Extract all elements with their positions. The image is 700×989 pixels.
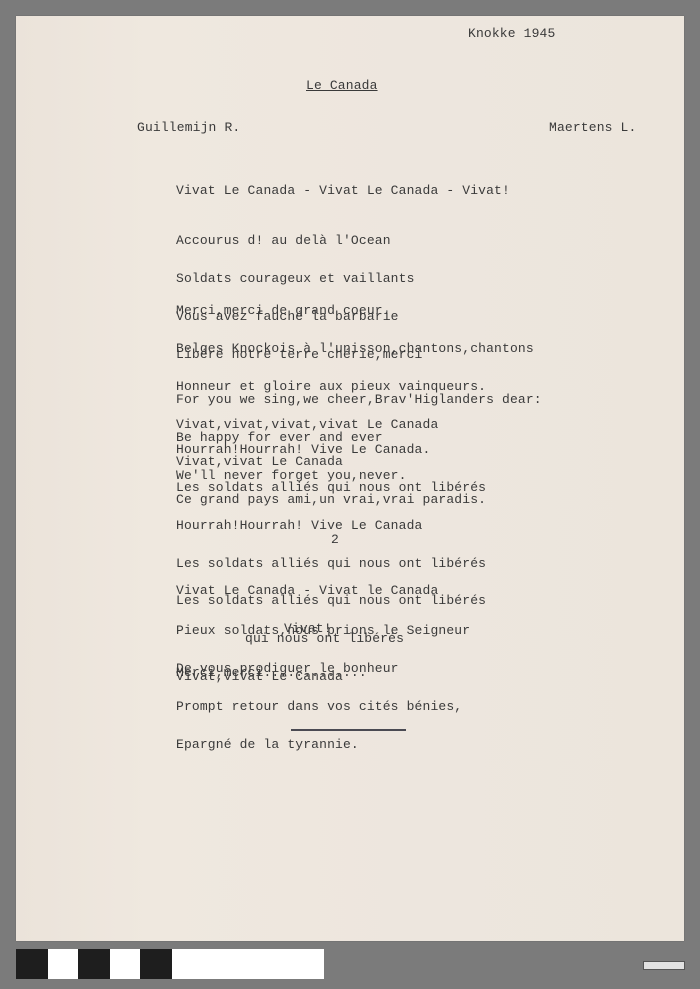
calibration-swatch [140,949,172,979]
verse-line: Pieux soldats,nous prions le Seigneur [176,625,470,638]
refrain: Vivat Le Canada - Vivat Le Canada - Viva… [176,185,510,198]
archive-id-label [643,961,685,970]
verse-line: Prompt retour dans vos cités bénies, [176,701,470,714]
section-number: 2 [331,534,339,547]
end-rule [291,729,406,731]
closing-line: Merci,merci............. [176,667,367,680]
place-date: Knokke 1945 [468,28,555,41]
author-composer: Maertens L. [549,122,636,135]
verse-line: Belges Knockois à l'unisson,chantons,cha… [176,343,534,356]
calibration-swatch [110,949,140,979]
verse-5: Pieux soldats,nous prions le Seigneur De… [176,600,470,776]
calibration-swatch [78,949,110,979]
author-lyricist: Guillemijn R. [137,122,240,135]
typed-page: Knokke 1945 Le Canada Guillemijn R. Maer… [16,16,684,941]
verse-line: Hourrah!Hourrah! Vive Le Canada [176,520,486,533]
verse-line: Merci,merci de grand coeur. [176,305,534,318]
calibration-swatch [172,949,324,979]
verse-line: Les soldats alliés qui nous ont libérés [176,482,486,495]
verse-line: Vivat Le Canada - Vivat le Canada [176,585,438,598]
calibration-swatch [48,949,78,979]
calibration-swatch [16,949,48,979]
song-title: Le Canada [306,80,378,93]
verse-line: For you we sing,we cheer,Brav'Higlanders… [176,394,542,407]
scan-calibration-strip [16,949,324,979]
verse-line: Epargné de la tyrannie. [176,739,470,752]
verse-line: Hourrah!Hourrah! Vive Le Canada. [176,444,486,457]
verse-line: Accourus d! au delà l'Ocean [176,235,423,248]
